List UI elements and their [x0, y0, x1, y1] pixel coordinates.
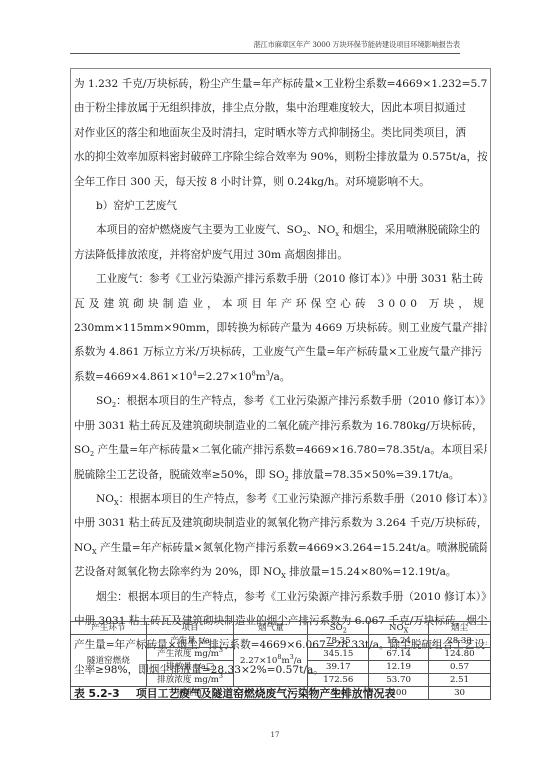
- content-frame: 为 1.232 千克/万块标砖，粉尘产生量=年产标砖量×工业粉尘系数=4669×…: [70, 68, 491, 700]
- stage-cell: 隧道窑燃烧: [71, 635, 147, 687]
- nox-standard: 200: [369, 687, 429, 700]
- paragraph-line: 中册 3031 粘土砖瓦及建筑砌块制造业的二氧化硫产排污系数为 16.780kg…: [74, 414, 487, 438]
- paragraph-line: 本项目的窑炉燃烧废气主要为工业废气、SO2、NOx 和烟尘，采用喷淋脱硫除尘的: [74, 218, 487, 242]
- paragraph-line: 瓦及建筑砌块制造业，本项目年产环保空心砖 3000 万块，规格为: [74, 292, 487, 316]
- paragraph-line: 方法降低排放浓度，并将窑炉废气用过 30m 高烟囱排出。: [74, 243, 487, 267]
- paragraph-line: SO2 产生量=年产标砖量×二氧化硫产排污系数=4669×16.780=78.3…: [74, 438, 487, 462]
- section-heading-kiln: b）窑炉工艺废气: [74, 194, 487, 218]
- so2-cell: 345.15: [308, 648, 369, 661]
- page-header: 湛江市麻章区年产 3000 万块环保节能砖建设项目环境影响报告表: [70, 40, 460, 54]
- table-row: 隧道窑燃烧 产生量 t/a 2.27×108m3/a 78.35 15.24 2…: [71, 635, 491, 648]
- item-cell: 排放浓度 mg/m3: [146, 674, 234, 687]
- nox-cell: 15.24: [369, 635, 429, 648]
- header-item: 项目: [146, 622, 234, 635]
- paragraph-line: NOX：根据本项目的生产特点，参考《工业污染源产排污系数手册（2010 修订本）…: [74, 487, 487, 511]
- header-stage: 产生环节: [71, 622, 147, 635]
- paragraph-line: 工业废气：参考《工业污染源产排污系数手册（2010 修订本）》中册 3031 粘…: [74, 267, 487, 291]
- paragraph-line: 为 1.232 千克/万块标砖，粉尘产生量=年产标砖量×工业粉尘系数=4669×…: [74, 72, 487, 96]
- paragraph-line: 230mm×115mm×90mm，即转换为标砖产量为 4669 万块标砖。则工业…: [74, 316, 487, 340]
- header-dust: 烟尘: [429, 622, 491, 635]
- so2-standard: 300: [308, 687, 369, 700]
- paragraph-line: 水的抑尘效率加原料密封破碎工序除尘综合效率为 90%，则粉尘排放量为 0.575…: [74, 145, 487, 169]
- standard-row: 标准值 300 200 30: [71, 687, 491, 700]
- header-nox: NOX: [369, 622, 429, 635]
- so2-cell: 78.35: [308, 635, 369, 648]
- paragraph-line: 系数=4669×4.861×104=2.27×108m3/a。: [74, 365, 487, 389]
- item-cell: 产生浓度 mg/m3: [146, 648, 234, 661]
- dust-standard: 30: [429, 687, 491, 700]
- flue-gas-cell: 2.27×108m3/a: [234, 635, 308, 687]
- paragraph-line: 艺设备对氮氧化物去除率约为 20%，即 NOX 排放量=15.24×80%=12…: [74, 560, 487, 584]
- paragraph-line: 中册 3031 粘土砖瓦及建筑砌块制造业的氮氧化物产排污系数为 3.264 千克…: [74, 511, 487, 535]
- nox-cell: 53.70: [369, 674, 429, 687]
- body-text: 为 1.232 千克/万块标砖，粉尘产生量=年产标砖量×工业粉尘系数=4669×…: [74, 72, 487, 705]
- emissions-table: 产生环节 项目 烟气量 SO2 NOX 烟尘 隧道窑燃烧 产生量 t/a 2.2…: [70, 621, 491, 700]
- dust-cell: 0.57: [429, 661, 491, 674]
- dust-cell: 2.51: [429, 674, 491, 687]
- paragraph-line: 烟尘：根据本项目的生产特点，参考《工业污染源产排污系数手册（2010 修订本）》: [74, 585, 487, 609]
- header-so2: SO2: [308, 622, 369, 635]
- standard-label: 标准值: [71, 687, 308, 700]
- paragraph-line: 脱硫除尘工艺设备，脱硫效率≥50%，即 SO2 排放量=78.35×50%=39…: [74, 463, 487, 487]
- paragraph-line: 系数为 4.861 万标立方米/万块标砖，工业废气产生量=年产标砖量×工业废气量…: [74, 340, 487, 364]
- header-flue-gas: 烟气量: [234, 622, 308, 635]
- so2-cell: 39.17: [308, 661, 369, 674]
- paragraph-line: 对作业区的落尘和地面灰尘及时清扫，定时晒水等方式抑制扬尘。类比同类项目，洒: [74, 121, 487, 145]
- paragraph-line: 全年工作日 300 天，每天按 8 小时计算，则 0.24kg/h。对环境影响不…: [74, 170, 487, 194]
- paragraph-line: NOX 产生量=年产标砖量×氮氧化物产排污系数=4669×3.264=15.24…: [74, 536, 487, 560]
- dust-cell: 28.33: [429, 635, 491, 648]
- nox-cell: 12.19: [369, 661, 429, 674]
- nox-cell: 67.14: [369, 648, 429, 661]
- so2-cell: 172.56: [308, 674, 369, 687]
- table-header-row: 产生环节 项目 烟气量 SO2 NOX 烟尘: [71, 622, 491, 635]
- paragraph-line: 由于粉尘排放属于无组织排放，排尘点分散，集中治理难度较大，因此本项目拟通过: [74, 96, 487, 120]
- page-number: 17: [0, 731, 550, 739]
- paragraph-line: SO2：根据本项目的生产特点，参考《工业污染源产排污系数手册（2010 修订本）…: [74, 389, 487, 413]
- dust-cell: 124.80: [429, 648, 491, 661]
